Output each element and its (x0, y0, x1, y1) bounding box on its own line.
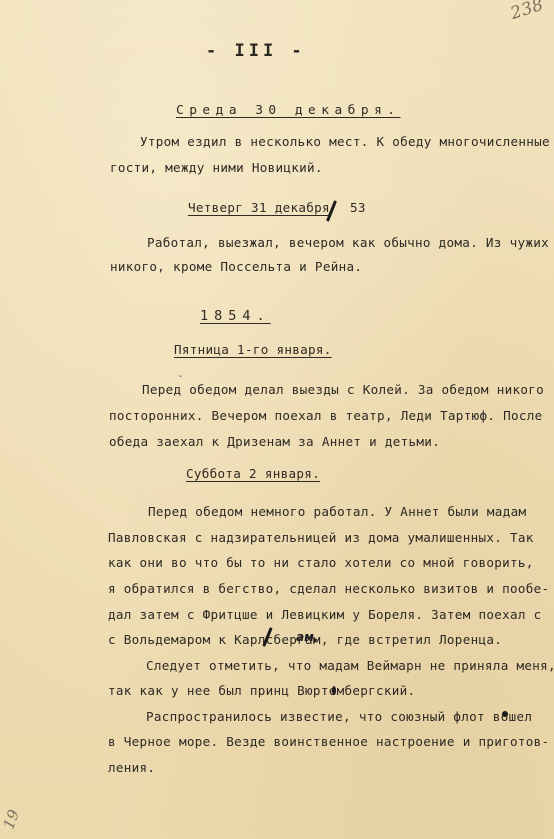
entry-line: в Черное море. Везде воинственное настро… (108, 736, 549, 749)
archive-folio-number: 238 (509, 0, 546, 23)
entry-line: обеда заехал к Дризенам за Аннет и детьм… (109, 436, 440, 449)
entry-line: ления. (108, 762, 155, 775)
handwritten-correction: ам, (296, 630, 318, 644)
entry-heading-friday: Пятница 1-го января. (174, 344, 332, 357)
entry-line: Перед обедом делал выезды с Колей. За об… (142, 384, 544, 397)
entry-line: так как у нее был принц Вюртембергский. (108, 685, 415, 698)
year-heading: 1854. (200, 310, 271, 324)
page-number: - III - (206, 43, 306, 60)
entry-line: дал затем с Фритцше и Левицким у Бореля.… (108, 609, 542, 622)
margin-note-number: 19 (1, 808, 22, 832)
heading-annotation: 53 (350, 202, 366, 215)
ink-blot-mark (332, 686, 336, 695)
entry-line: никого, кроме Поссельта и Рейна. (110, 261, 362, 274)
entry-line: Следует отметить, что мадам Веймарн не п… (146, 660, 554, 673)
ink-blot-mark (502, 711, 508, 717)
entry-line: я обратился в бегство, сделал несколько … (108, 583, 549, 596)
entry-line: Павловская с надзирательницей из дома ум… (108, 532, 534, 545)
entry-line: гости, между ними Новицкий. (110, 162, 323, 175)
document-page: 238 - III - Среда 30 декабря. Утром езди… (0, 0, 554, 839)
entry-line: Работал, выезжал, вечером как обычно дом… (147, 237, 549, 250)
entry-line: посторонних. Вечером поехал в театр, Лед… (109, 410, 543, 423)
entry-heading-wednesday: Среда 30 декабря. (176, 105, 400, 118)
entry-line: Распространилось известие, что союзный ф… (146, 711, 532, 724)
entry-heading-thursday: Четверг 31 декабря (188, 202, 330, 215)
entry-line: как они во что бы то ни стало хотели со … (108, 557, 534, 570)
entry-line: Перед обедом немного работал. У Аннет бы… (148, 506, 526, 519)
entry-line: Утром ездил в несколько мест. К обеду мн… (140, 136, 550, 149)
entry-heading-saturday: Суббота 2 января. (186, 468, 320, 481)
